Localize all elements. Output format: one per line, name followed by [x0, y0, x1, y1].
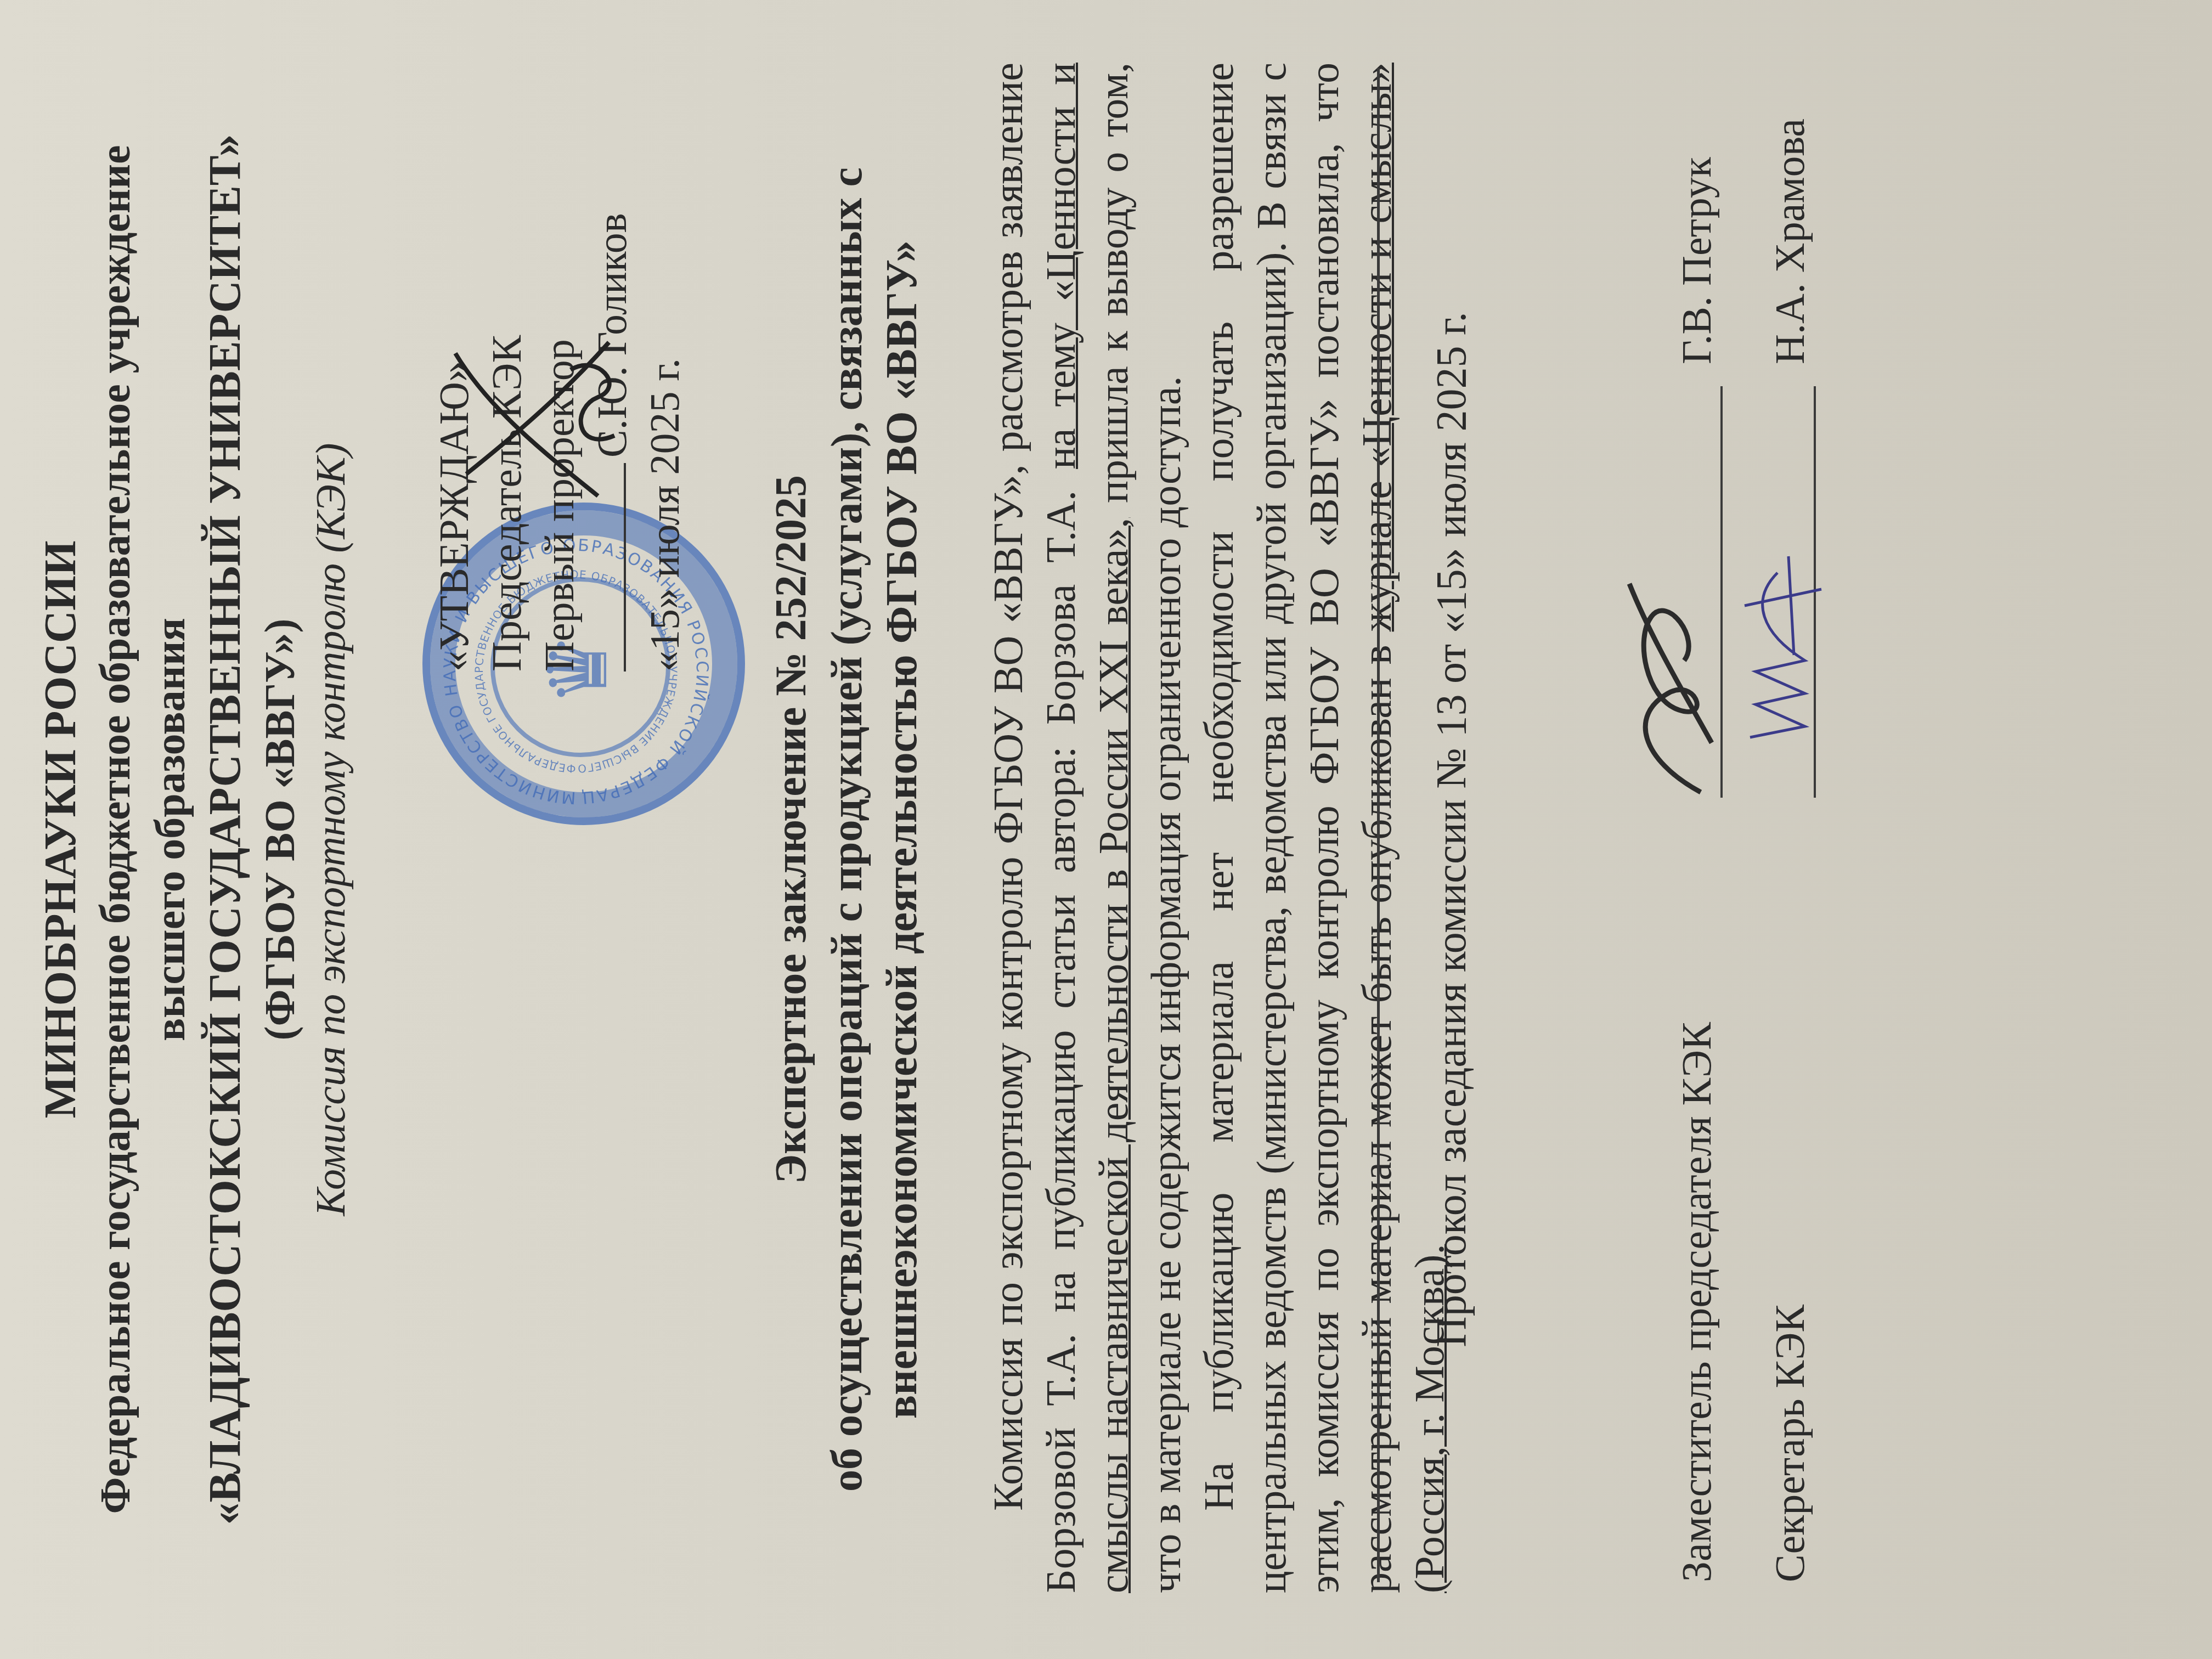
university-name: «ВЛАДИВОСТОКСКИЙ ГОСУДАРСТВЕННЫЙ УНИВЕРС…: [198, 0, 252, 1659]
divider: [1377, 68, 1380, 1582]
chair-signature: [433, 320, 631, 518]
protocol-reference: Протокол заседания комиссии № 13 от «15»…: [1426, 0, 1476, 1659]
paragraph-1: Комиссия по экспортному контролю ФГБОУ В…: [982, 63, 1193, 1593]
approval-date: «15» июля 2025 г.: [639, 68, 691, 672]
title-number: Экспертное заключение № 252/2025: [763, 0, 820, 1659]
secretary-signature: [1728, 545, 1827, 754]
paragraph-2: На публикацию материала нет необходимост…: [1193, 63, 1456, 1593]
approval-month-year: июля 2025: [642, 392, 688, 578]
title-subject-2: внешнеэкономической деятельностью ФГБОУ …: [874, 0, 929, 1659]
commission-name: Комиссия по экспортному контролю (КЭК): [307, 0, 355, 1659]
title-subject-1: об осуществлении операций с продукцией (…: [820, 0, 874, 1659]
signer-name: Н.А. Храмова: [1767, 119, 1814, 364]
signer-name: Г.В. Петрук: [1673, 157, 1721, 364]
approval-year-suffix: г.: [642, 358, 688, 381]
institution-type-line2: высшего образования: [143, 0, 198, 1659]
institution-type-line1: Федеральное государственное бюджетное об…: [88, 0, 143, 1659]
ministry-name: МИНОБРНАУКИ РОССИИ: [33, 0, 88, 1659]
approval-day: «15»: [642, 588, 688, 672]
document-page: МИНОБРНАУКИ РОССИИ Федеральное государст…: [0, 0, 2212, 1659]
university-abbrev: (ФГБОУ ВО «ВВГУ»): [252, 0, 307, 1659]
document-title: Экспертное заключение № 252/2025 об осущ…: [763, 0, 929, 1659]
signer-role: Заместитель председателя КЭК: [1673, 1022, 1721, 1582]
deputy-signature: [1618, 573, 1728, 803]
document-body: Комиссия по экспортному контролю ФГБОУ В…: [982, 63, 1456, 1593]
signer-role: Секретарь КЭК: [1767, 1305, 1814, 1582]
letterhead: МИНОБРНАУКИ РОССИИ Федеральное государст…: [33, 0, 307, 1659]
